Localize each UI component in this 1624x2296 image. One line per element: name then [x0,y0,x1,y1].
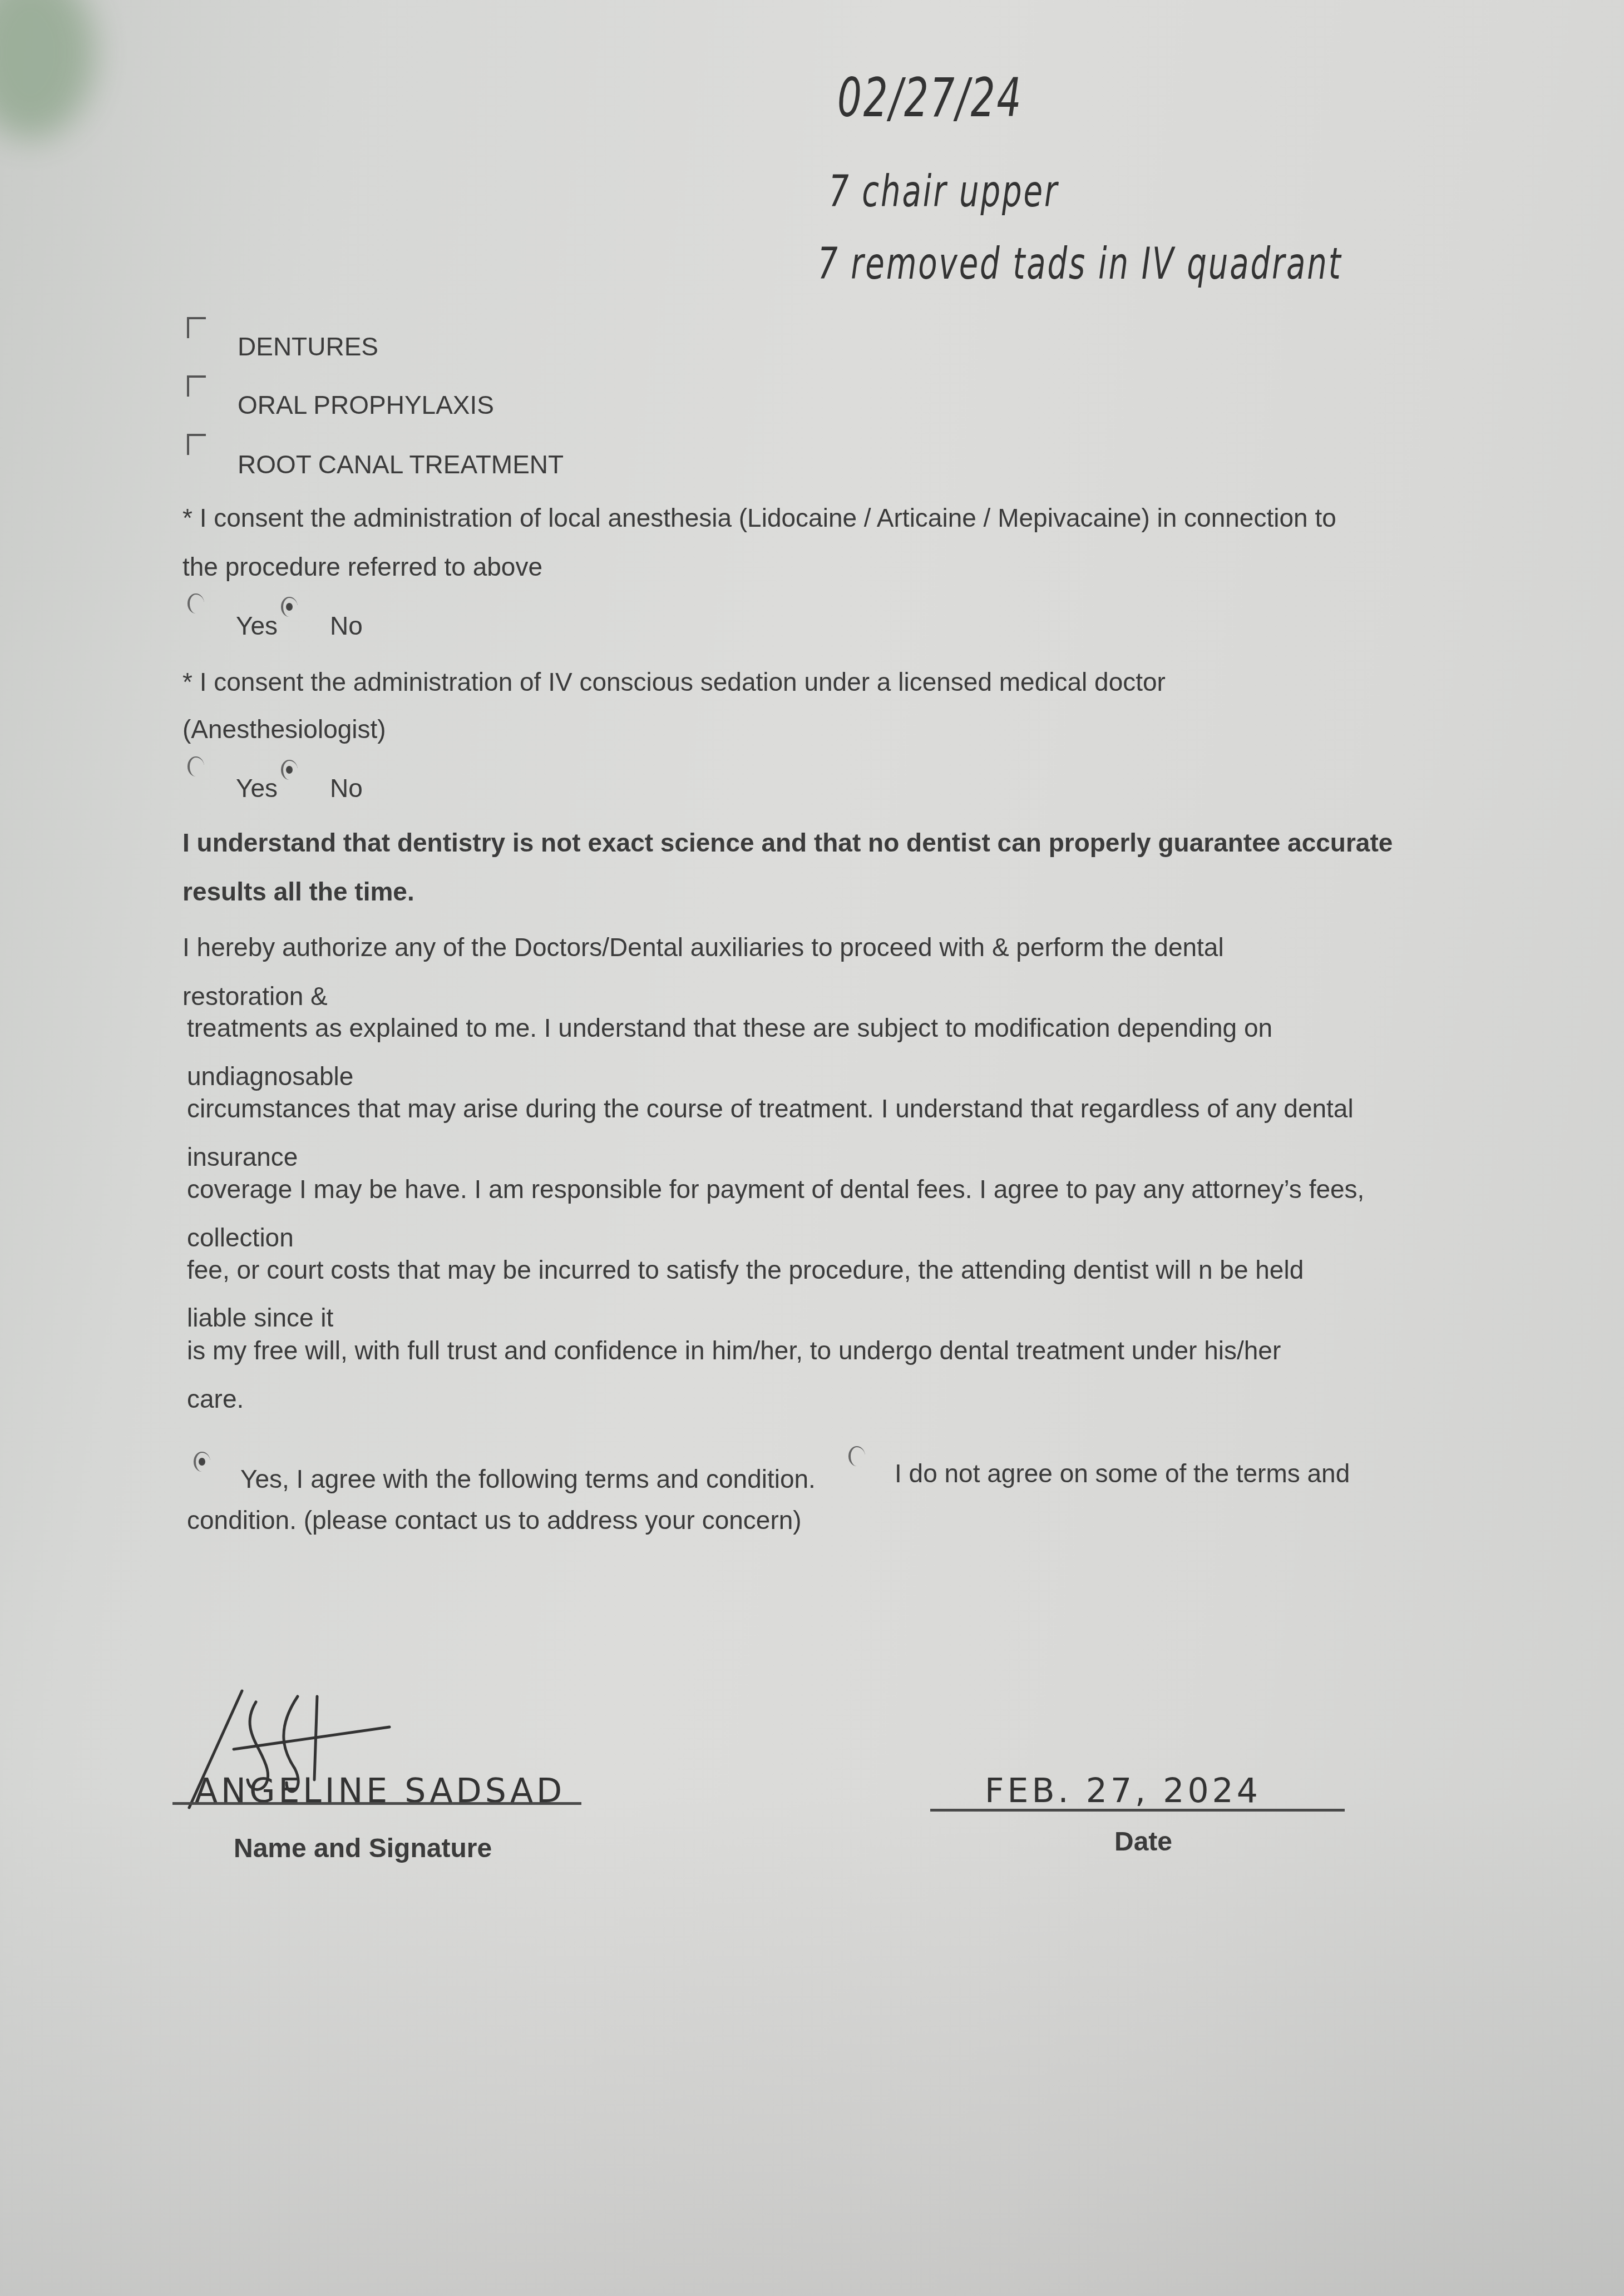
disclaimer-text: I understand that dentistry is not exact… [182,830,1393,855]
signature-line [172,1802,581,1805]
option-label: Yes [236,775,278,801]
authorization-line: insurance [187,1144,298,1170]
handwritten-note-line2: 7 removed tads in IV quadrant [818,239,1342,289]
date-line [930,1809,1345,1812]
disclaimer-text: results all the time. [182,879,414,904]
authorization-line: coverage I may be have. I am responsible… [187,1176,1364,1202]
authorization-line: restoration & [182,983,328,1009]
question-text: (Anesthesiologist) [182,716,386,742]
radio-local-no[interactable] [281,597,298,617]
question-text: * I consent the administration of IV con… [182,669,1166,695]
procedure-label: ORAL PROPHYLAXIS [238,392,494,418]
authorization-line: liable since it [187,1305,333,1330]
date-caption: Date [1114,1829,1172,1855]
checkbox-dentures[interactable] [187,317,206,338]
background-object [0,0,95,139]
option-label: No [330,613,363,639]
signature-caption: Name and Signature [234,1835,492,1862]
authorization-line: is my free will, with full trust and con… [187,1338,1281,1363]
agree-label: Yes, I agree with the following terms an… [240,1466,816,1492]
checkbox-oral-prophylaxis[interactable] [187,375,206,397]
authorization-line: I hereby authorize any of the Doctors/De… [182,934,1224,960]
procedure-label: DENTURES [238,334,378,359]
authorization-line: circumstances that may arise during the … [187,1096,1354,1121]
checkbox-root-canal[interactable] [187,434,206,455]
question-text: * I consent the administration of local … [182,505,1336,531]
option-label: No [330,775,363,801]
radio-iv-no[interactable] [281,760,298,780]
handwritten-note-line1: 7 chair upper [829,167,1059,217]
radio-agree[interactable] [194,1452,210,1472]
authorization-line: fee, or court costs that may be incurred… [187,1257,1304,1283]
disagree-label: I do not agree on some of the terms and [895,1461,1350,1486]
authorization-line: collection [187,1225,294,1250]
procedure-label: ROOT CANAL TREATMENT [238,452,564,477]
authorization-line: care. [187,1386,244,1412]
question-text: the procedure referred to above [182,554,542,580]
authorization-line: undiagnosable [187,1063,353,1089]
paper-shadow [0,1795,1624,2296]
authorization-line: treatments as explained to me. I underst… [187,1015,1272,1041]
date-value: FEB. 27, 2024 [985,1772,1261,1810]
handwritten-date: 02/27/24 [837,67,1023,129]
radio-local-yes[interactable] [187,593,204,613]
option-label: Yes [236,613,278,639]
radio-disagree[interactable] [848,1446,865,1466]
radio-iv-yes[interactable] [187,756,204,776]
disagree-label: condition. (please contact us to address… [187,1507,802,1533]
